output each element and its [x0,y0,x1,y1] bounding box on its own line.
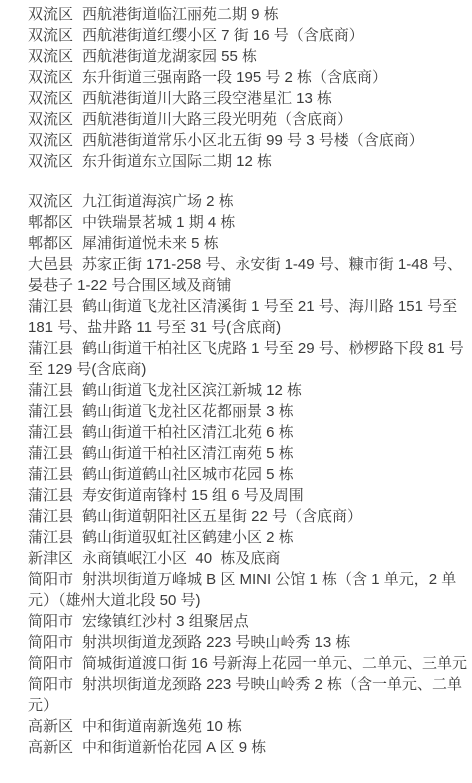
entry-address: 鹤山街道干柏社区清江北苑 6 栋 [82,424,294,441]
list-item: 双流区西航港街道龙湖家园 55 栋 [28,46,468,67]
list-item: 蒲江县寿安街道南锋村 15 组 6 号及周围 [28,485,468,506]
list-item: 简阳市射洪坝街道龙颈路 223 号映山岭秀 2 栋（含一单元、二单元） [28,674,468,716]
list-item: 郫都区中铁瑞景茗城 1 期 4 栋 [28,212,468,233]
list-section: 双流区西航港街道临江丽苑二期 9 栋双流区西航港街道红缨小区 7 街 16 号（… [28,4,468,172]
entry-address: 鹤山街道鹤山社区城市花园 5 栋 [82,466,294,483]
entry-address: 鹤山街道朝阳社区五星街 22 号（含底商） [82,508,362,525]
list-item: 蒲江县鹤山街道飞龙社区清溪街 1 号至 21 号、海川路 151 号至 181 … [28,296,468,338]
risk-area-list: 双流区西航港街道临江丽苑二期 9 栋双流区西航港街道红缨小区 7 街 16 号（… [0,0,472,778]
list-item: 蒲江县鹤山街道干柏社区清江北苑 6 栋 [28,422,468,443]
entry-address: 简城街道渡口街 16 号新海上花园一单元、二单元、三单元 [82,655,467,672]
list-item: 简阳市射洪坝街道万峰城 B 区 MINI 公馆 1 栋（含 1 单元，2 单元）… [28,569,468,611]
list-item: 简阳市简城街道渡口街 16 号新海上花园一单元、二单元、三单元 [28,653,468,674]
entry-address: 鹤山街道驭虹社区鹤建小区 2 栋 [82,529,294,546]
entry-district: 蒲江县 [28,487,73,504]
entry-address: 西航港街道川大路三段光明苑（含底商） [82,111,352,128]
list-item: 蒲江县鹤山街道飞龙社区滨江新城 12 栋 [28,380,468,401]
entry-address: 东升街道三强南路一段 195 号 2 栋（含底商） [82,69,387,86]
entry-district: 蒲江县 [28,445,73,462]
entry-district: 简阳市 [28,634,73,651]
entry-district: 双流区 [28,193,73,210]
entry-district: 双流区 [28,111,73,128]
entry-address: 永商镇岷江小区 40 栋及底商 [82,550,280,567]
list-item: 双流区西航港街道川大路三段光明苑（含底商） [28,109,468,130]
list-item: 简阳市射洪坝街道龙颈路 223 号映山岭秀 13 栋 [28,632,468,653]
list-item: 新津区永商镇岷江小区 40 栋及底商 [28,548,468,569]
entry-address: 西航港街道龙湖家园 55 栋 [82,48,257,65]
entry-district: 双流区 [28,69,73,86]
entry-address: 射洪坝街道龙颈路 223 号映山岭秀 13 栋 [82,634,350,651]
entry-address: 东升街道东立国际二期 12 栋 [82,153,272,170]
list-item: 蒲江县鹤山街道干柏社区飞虎路 1 号至 29 号、桫椤路下段 81 号至 129… [28,338,468,380]
entry-district: 新津区 [28,550,73,567]
entry-district: 简阳市 [28,571,73,588]
entry-district: 蒲江县 [28,508,73,525]
list-section: 双流区九江街道海滨广场 2 栋郫都区中铁瑞景茗城 1 期 4 栋郫都区犀浦街道悦… [28,191,468,758]
entry-district: 双流区 [28,153,73,170]
list-item: 蒲江县鹤山街道朝阳社区五星街 22 号（含底商） [28,506,468,527]
list-item: 蒲江县鹤山街道驭虹社区鹤建小区 2 栋 [28,527,468,548]
entry-district: 双流区 [28,6,73,23]
entry-address: 鹤山街道干柏社区清江南苑 5 栋 [82,445,294,462]
entry-district: 蒲江县 [28,424,73,441]
list-item: 双流区西航港街道川大路三段空港星汇 13 栋 [28,88,468,109]
entry-address: 射洪坝街道龙颈路 223 号映山岭秀 2 栋（含一单元、二单元） [28,676,462,714]
entry-district: 简阳市 [28,676,73,693]
list-item: 双流区西航港街道常乐小区北五街 99 号 3 号楼（含底商） [28,130,468,151]
list-item: 郫都区犀浦街道悦未来 5 栋 [28,233,468,254]
list-item: 双流区西航港街道红缨小区 7 街 16 号（含底商） [28,25,468,46]
entry-address: 苏家正街 171-258 号、永安街 1-49 号、糠市街 1-48 号、晏巷子… [28,256,462,294]
entry-address: 鹤山街道干柏社区飞虎路 1 号至 29 号、桫椤路下段 81 号至 129 号(… [28,340,464,378]
list-item: 蒲江县鹤山街道鹤山社区城市花园 5 栋 [28,464,468,485]
entry-address: 西航港街道常乐小区北五街 99 号 3 号楼（含底商） [82,132,424,149]
entry-district: 双流区 [28,27,73,44]
entry-address: 中铁瑞景茗城 1 期 4 栋 [82,214,235,231]
list-item: 蒲江县鹤山街道飞龙社区花都丽景 3 栋 [28,401,468,422]
entry-address: 鹤山街道飞龙社区花都丽景 3 栋 [82,403,294,420]
entry-address: 射洪坝街道万峰城 B 区 MINI 公馆 1 栋（含 1 单元，2 单元）（雄州… [28,571,456,609]
entry-address: 中和街道南新逸苑 10 栋 [82,718,242,735]
entry-address: 西航港街道临江丽苑二期 9 栋 [82,6,279,23]
list-item: 双流区东升街道东立国际二期 12 栋 [28,151,468,172]
entry-district: 蒲江县 [28,466,73,483]
list-item: 双流区九江街道海滨广场 2 栋 [28,191,468,212]
entry-district: 蒲江县 [28,382,73,399]
entry-district: 大邑县 [28,256,73,273]
entry-district: 郫都区 [28,214,73,231]
entry-district: 蒲江县 [28,298,73,315]
entry-address: 犀浦街道悦未来 5 栋 [82,235,219,252]
entry-district: 双流区 [28,48,73,65]
list-item: 蒲江县鹤山街道干柏社区清江南苑 5 栋 [28,443,468,464]
entry-district: 双流区 [28,90,73,107]
entry-address: 鹤山街道飞龙社区清溪街 1 号至 21 号、海川路 151 号至 181 号、盐… [28,298,461,336]
list-item: 大邑县苏家正街 171-258 号、永安街 1-49 号、糠市街 1-48 号、… [28,254,468,296]
list-item: 高新区中和街道新怡花园 A 区 9 栋 [28,737,468,758]
entry-address: 宏缘镇红沙村 3 组聚居点 [82,613,249,630]
entry-district: 高新区 [28,718,73,735]
list-item: 高新区中和街道南新逸苑 10 栋 [28,716,468,737]
entry-district: 简阳市 [28,655,73,672]
page: { "page": { "background_color": "#ffffff… [0,0,472,783]
entry-district: 蒲江县 [28,340,73,357]
entry-district: 蒲江县 [28,529,73,546]
list-item: 双流区西航港街道临江丽苑二期 9 栋 [28,4,468,25]
entry-address: 鹤山街道飞龙社区滨江新城 12 栋 [82,382,302,399]
list-item: 双流区东升街道三强南路一段 195 号 2 栋（含底商） [28,67,468,88]
entry-district: 双流区 [28,132,73,149]
entry-address: 中和街道新怡花园 A 区 9 栋 [82,739,266,756]
entry-district: 郫都区 [28,235,73,252]
entry-district: 简阳市 [28,613,73,630]
entry-address: 寿安街道南锋村 15 组 6 号及周围 [82,487,304,504]
entry-district: 蒲江县 [28,403,73,420]
entry-address: 西航港街道红缨小区 7 街 16 号（含底商） [82,27,364,44]
list-item: 简阳市宏缘镇红沙村 3 组聚居点 [28,611,468,632]
entry-address: 西航港街道川大路三段空港星汇 13 栋 [82,90,332,107]
entry-address: 九江街道海滨广场 2 栋 [82,193,234,210]
entry-district: 高新区 [28,739,73,756]
